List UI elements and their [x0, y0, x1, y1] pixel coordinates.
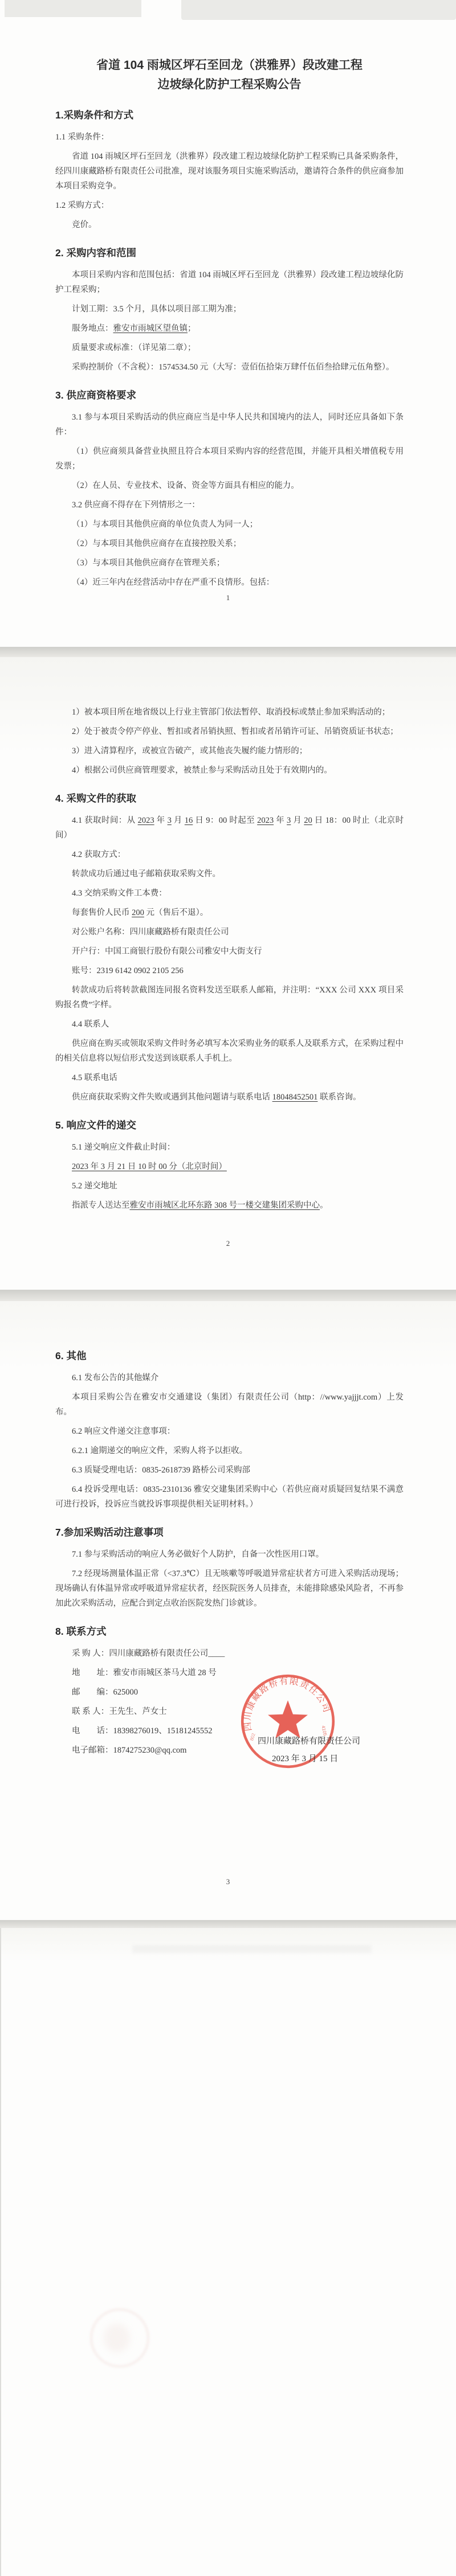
doc-title-line1: 省道 104 雨城区坪石至回龙（洪雅界）段改建工程	[55, 56, 404, 75]
sec4-3-account-number: 账号：2319 6142 0902 2105 256	[55, 963, 404, 978]
scan-artifact	[181, 0, 456, 20]
sec6-heading: 6. 其他	[55, 1349, 404, 1363]
page-4-blank	[0, 1928, 456, 2576]
contact-address: 地 址：雅安市雨城区茶马大道 28 号	[55, 1666, 404, 1680]
sec6-1-para: 本项目采购公告在雅安市交通建设（集团）有限责任公司（http：//www.yaj…	[55, 1390, 404, 1420]
sec3-2-item4-sub4: 4）根据公司供应商管理要求，被禁止参与采购活动且处于有效期内的。	[55, 763, 404, 778]
bleed-through-mark	[104, 2324, 130, 2352]
contact-purchaser: 采 购 人：四川康藏路桥有限责任公司____	[55, 1646, 404, 1661]
seal-star-icon	[268, 1700, 308, 1738]
sec2-duration-para: 计划工期：3.5 个月，具体以项目部工期为准；	[55, 302, 404, 317]
sec7-1-para: 7.1 参与采购活动的响应人务必做好个人防护，自备一次性医用口罩。	[55, 1547, 404, 1562]
sec3-2-item2: （2）与本项目其他供应商存在直接控股关系；	[55, 536, 404, 551]
sec6-2-label: 6.2 响应文件递交注意事项：	[55, 1424, 404, 1439]
sec4-3-note: 转款成功后将转款截图连同报名资料发送至联系人邮箱，并注明：“XXX 公司 XXX…	[55, 983, 404, 1012]
sec4-4-label: 4.4 联系人	[55, 1017, 404, 1032]
sec3-2-item4: （4）近三年内在经营活动中存在严重不良情形。包括：	[55, 575, 404, 590]
page-break	[0, 1920, 456, 1928]
sec7-2-para: 7.2 经现场测量体温正常（<37.3℃）且无咳嗽等呼吸道异常症状者方可进入采购…	[55, 1566, 404, 1611]
sec2-price-para: 采购控制价（不含税）：1574534.50 元（大写：壹佰伍拾柒万肆仟伍佰叁拾肆…	[55, 360, 404, 375]
sec6-2-1-para: 6.2.1 逾期递交的响应文件，采购人将予以拒收。	[55, 1443, 404, 1458]
sec2-scope-para: 本项目采购内容和范围包括：省道 104 雨城区坪石至回龙（洪雅界）段改建工程边坡…	[55, 268, 404, 297]
sec3-2-para: 3.2 供应商不得存在下列情形之一：	[55, 498, 404, 512]
page-number-1: 1	[0, 593, 456, 602]
sec5-1-deadline: 2023 年 3 月 21 日 10 时 00 分（北京时间）	[55, 1159, 404, 1174]
sec2-location-para: 服务地点：雅安市雨城区望鱼镇；	[55, 321, 404, 336]
sec5-heading: 5. 响应文件的递交	[55, 1118, 404, 1132]
page-1: 省道 104 雨城区坪石至回龙（洪雅界）段改建工程 边坡绿化防护工程采购公告 1…	[0, 0, 456, 647]
seal-code-left: 802	[249, 1732, 256, 1741]
sec4-3-label: 4.3 交纳采购文件工本费：	[55, 886, 404, 901]
sec6-1-label: 6.1 发布公告的其他媒介	[55, 1371, 404, 1385]
sec5-1-label: 5.1 递交响应文件截止时间：	[55, 1140, 404, 1155]
sec1-1-para: 省道 104 雨城区坪石至回龙（洪雅界）段改建工程边坡绿化防护工程采购已具备采购…	[55, 149, 404, 194]
sec3-heading: 3. 供应商资格要求	[55, 388, 404, 402]
sec3-2-item3: （3）与本项目其他供应商存在管理关系；	[55, 556, 404, 571]
sec3-2-item4-sub2: 2）处于被责令停产停业、暂扣或者吊销执照、暂扣或者吊销许可证、吊销资质证书状态；	[55, 724, 404, 739]
doc-title-line2: 边坡绿化防护工程采购公告	[55, 75, 404, 95]
sec5-2-address: 指派专人送达至雅安市雨城区北环东路 308 号一楼交建集团采购中心。	[55, 1198, 404, 1213]
sec4-4-para: 供应商在购买或领取采购文件时务必填写本次采购业务的联系人及联系方式，在采购过程中…	[55, 1036, 404, 1066]
scanned-document: 省道 104 雨城区坪石至回龙（洪雅界）段改建工程 边坡绿化防护工程采购公告 1…	[0, 0, 456, 2576]
sec4-5-label: 4.5 联系电话	[55, 1070, 404, 1085]
sec4-heading: 4. 采购文件的获取	[55, 791, 404, 805]
sec7-heading: 7.参加采购活动注意事项	[55, 1525, 404, 1539]
sec1-heading: 1.采购条件和方式	[55, 108, 404, 122]
sec5-2-label: 5.2 递交地址	[55, 1179, 404, 1193]
sec2-heading: 2. 采购内容和范围	[55, 246, 404, 260]
contact-zipcode: 邮 编：625000	[55, 1685, 404, 1700]
sec6-3-para: 6.3 质疑受理电话：0835-2618739 路桥公司采购部	[55, 1463, 404, 1478]
page-number-3: 3	[0, 1877, 456, 1886]
sec4-3-price-para: 每套售价人民币 200 元（售后不退）。	[55, 905, 404, 920]
sec8-heading: 8. 联系方式	[55, 1625, 404, 1638]
sec3-1-item1: （1）供应商须具备营业执照且符合本项目采购内容的经营范围，并能开具相关增值税专用…	[55, 444, 404, 474]
sec1-2-para: 竞价。	[55, 218, 404, 232]
sec4-5-para: 供应商获取采购文件失败或遇到其他问题请与联系电话 18048452501 联系咨…	[55, 1090, 404, 1105]
contact-person: 联 系 人：王先生、芦女士	[55, 1704, 404, 1719]
sec4-3-account-name: 对公账户名称：四川康藏路桥有限责任公司	[55, 925, 404, 940]
sec4-2-para: 转款成功后通过电子邮箱获取采购文件。	[55, 867, 404, 881]
page-2: 1）被本项目所在地省级以上行业主管部门依法暂停、取消投标或禁止参加采购活动的； …	[0, 657, 456, 1290]
sec3-2-item4-sub3: 3）进入清算程序，或被宣告破产，或其他丧失履约能力情形的；	[55, 744, 404, 758]
sec1-1-label: 1.1 采购条件：	[55, 130, 404, 145]
page-break	[0, 647, 456, 657]
page-break	[0, 1290, 456, 1301]
sec4-1-para: 4.1 获取时间：从 2023 年 3 月 16 日 9：00 时起至 2023…	[55, 813, 404, 843]
sec2-quality-para: 质量要求或标准：（详见第二章）；	[55, 341, 404, 355]
page-3: 6. 其他 6.1 发布公告的其他媒介 本项目采购公告在雅安市交通建设（集团）有…	[0, 1301, 456, 1920]
sec4-2-label: 4.2 获取方式：	[55, 847, 404, 862]
signature-date: 2023 年 3 月 15 日	[272, 1753, 338, 1765]
sec3-1-item2: （2）在人员、专业技术、设备、资金等方面具有相应的能力。	[55, 478, 404, 493]
sec1-2-label: 1.2 采购方式：	[55, 198, 404, 213]
signature-company: 四川康藏路桥有限责任公司	[258, 1735, 360, 1748]
sec6-4-para: 6.4 投诉受理电话：0835-2310136 雅安交建集团采购中心（若供应商对…	[55, 1482, 404, 1512]
sec3-2-item4-sub1: 1）被本项目所在地省级以上行业主管部门依法暂停、取消投标或禁止参加采购活动的；	[55, 705, 404, 720]
page-number-2: 2	[0, 1239, 456, 1248]
sec4-3-bank: 开户行：中国工商银行股份有限公司雅安中大街支行	[55, 944, 404, 959]
scan-artifact	[5, 0, 141, 17]
sec3-2-item1: （1）与本项目其他供应商的单位负责人为同一人；	[55, 517, 404, 532]
bleed-through-mark	[132, 1945, 372, 1953]
sec3-1-para: 3.1 参与本项目采购活动的供应商应当是中华人民共和国境内的法人，同时还应具备如…	[55, 410, 404, 440]
